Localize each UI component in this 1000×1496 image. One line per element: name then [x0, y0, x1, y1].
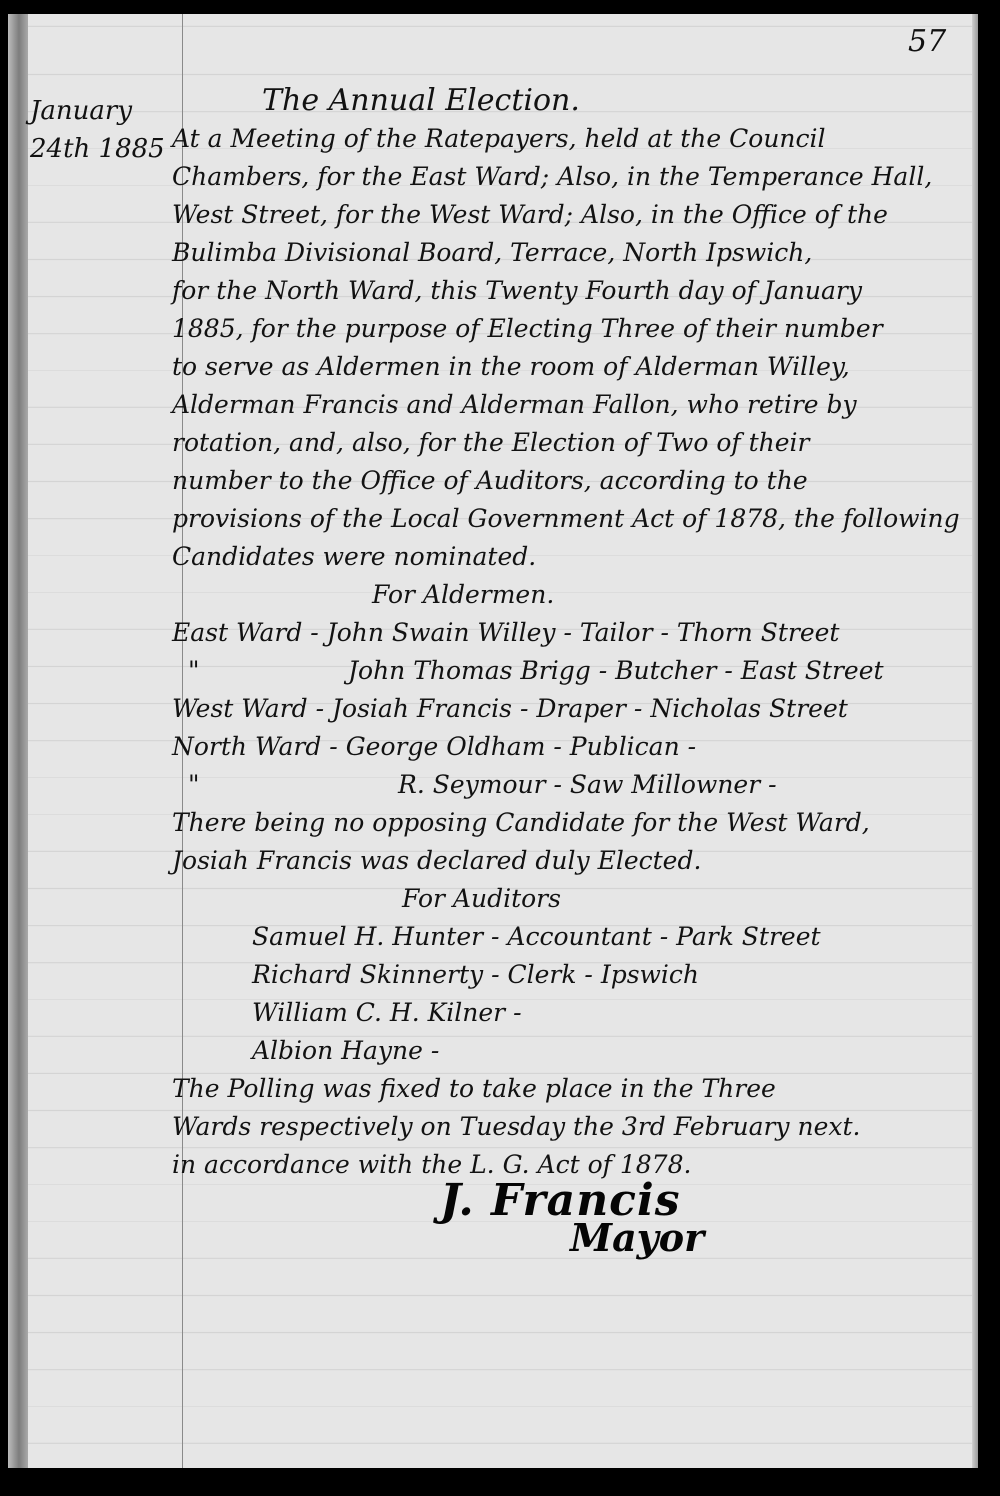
minutes-body: The Annual Election. At a Meeting of the…	[172, 82, 962, 1184]
ward-label: West Ward	[172, 694, 308, 723]
paragraph-line: Alderman Francis and Alderman Fallon, wh…	[172, 386, 962, 424]
polling-note: The Polling was fixed to take place in t…	[172, 1070, 962, 1184]
auditors-heading: For Auditors	[172, 880, 962, 918]
note-line: There being no opposing Candidate for th…	[172, 804, 962, 842]
auditor-nomination: Richard Skinnerty - Clerk - Ipswich	[172, 956, 962, 994]
margin-date-note: January 24th 1885	[30, 92, 180, 168]
candidate-entry: Josiah Francis - Draper - Nicholas Stree…	[332, 694, 848, 723]
alderman-nomination: North Ward - George Oldham - Publican -	[172, 728, 962, 766]
paragraph-line: provisions of the Local Government Act o…	[172, 500, 962, 538]
paragraph-line: Bulimba Divisional Board, Terrace, North…	[172, 234, 962, 272]
note-line: The Polling was fixed to take place in t…	[172, 1070, 962, 1108]
alderman-nomination: East Ward - John Swain Willey - Tailor -…	[172, 614, 962, 652]
note-line: Wards respectively on Tuesday the 3rd Fe…	[172, 1108, 962, 1146]
margin-date-month: January	[30, 92, 180, 130]
ward-label: East Ward	[172, 618, 302, 647]
signature-title: Mayor	[570, 1215, 704, 1260]
margin-date-day-year: 24th 1885	[30, 130, 180, 168]
paragraph-line: to serve as Aldermen in the room of Alde…	[172, 348, 962, 386]
candidate-entry: George Oldham - Publican -	[346, 732, 696, 761]
paragraph-line: At a Meeting of the Ratepayers, held at …	[172, 120, 962, 158]
page-right-edge	[972, 14, 978, 1468]
candidate-entry: R. Seymour - Saw Millowner -	[288, 770, 777, 799]
page-number: 57	[908, 24, 946, 59]
binding-gutter-shadow	[8, 14, 28, 1468]
paragraph-line: rotation, and, also, for the Election of…	[172, 424, 962, 462]
alderman-nomination: "John Thomas Brigg - Butcher - East Stre…	[172, 652, 962, 690]
alderman-nomination: West Ward - Josiah Francis - Draper - Ni…	[172, 690, 962, 728]
paragraph-line: 1885, for the purpose of Electing Three …	[172, 310, 962, 348]
auditors-list: Samuel H. Hunter - Accountant - Park Str…	[172, 918, 962, 1070]
ditto-mark: "	[188, 766, 288, 804]
ward-label: North Ward	[172, 732, 321, 761]
paragraph-line: for the North Ward, this Twenty Fourth d…	[172, 272, 962, 310]
meeting-paragraph: At a Meeting of the Ratepayers, held at …	[172, 120, 962, 576]
paragraph-line: Candidates were nominated.	[172, 538, 962, 576]
ditto-mark: "	[188, 652, 288, 690]
candidate-entry: John Swain Willey - Tailor - Thorn Stree…	[327, 618, 840, 647]
aldermen-heading: For Aldermen.	[172, 576, 962, 614]
aldermen-list: East Ward - John Swain Willey - Tailor -…	[172, 614, 962, 804]
paragraph-line: Chambers, for the East Ward; Also, in th…	[172, 158, 962, 196]
page-title: The Annual Election.	[172, 82, 962, 120]
note-line: Josiah Francis was declared duly Elected…	[172, 842, 962, 880]
candidate-entry: John Thomas Brigg - Butcher - East Stree…	[288, 656, 884, 685]
auditor-nomination: Samuel H. Hunter - Accountant - Park Str…	[172, 918, 962, 956]
unopposed-note: There being no opposing Candidate for th…	[172, 804, 962, 880]
auditor-nomination: William C. H. Kilner -	[172, 994, 962, 1032]
mayor-signature: J. Francis Mayor	[420, 1175, 800, 1275]
paragraph-line: West Street, for the West Ward; Also, in…	[172, 196, 962, 234]
paragraph-line: number to the Office of Auditors, accord…	[172, 462, 962, 500]
auditor-nomination: Albion Hayne -	[172, 1032, 962, 1070]
alderman-nomination: "R. Seymour - Saw Millowner -	[172, 766, 962, 804]
